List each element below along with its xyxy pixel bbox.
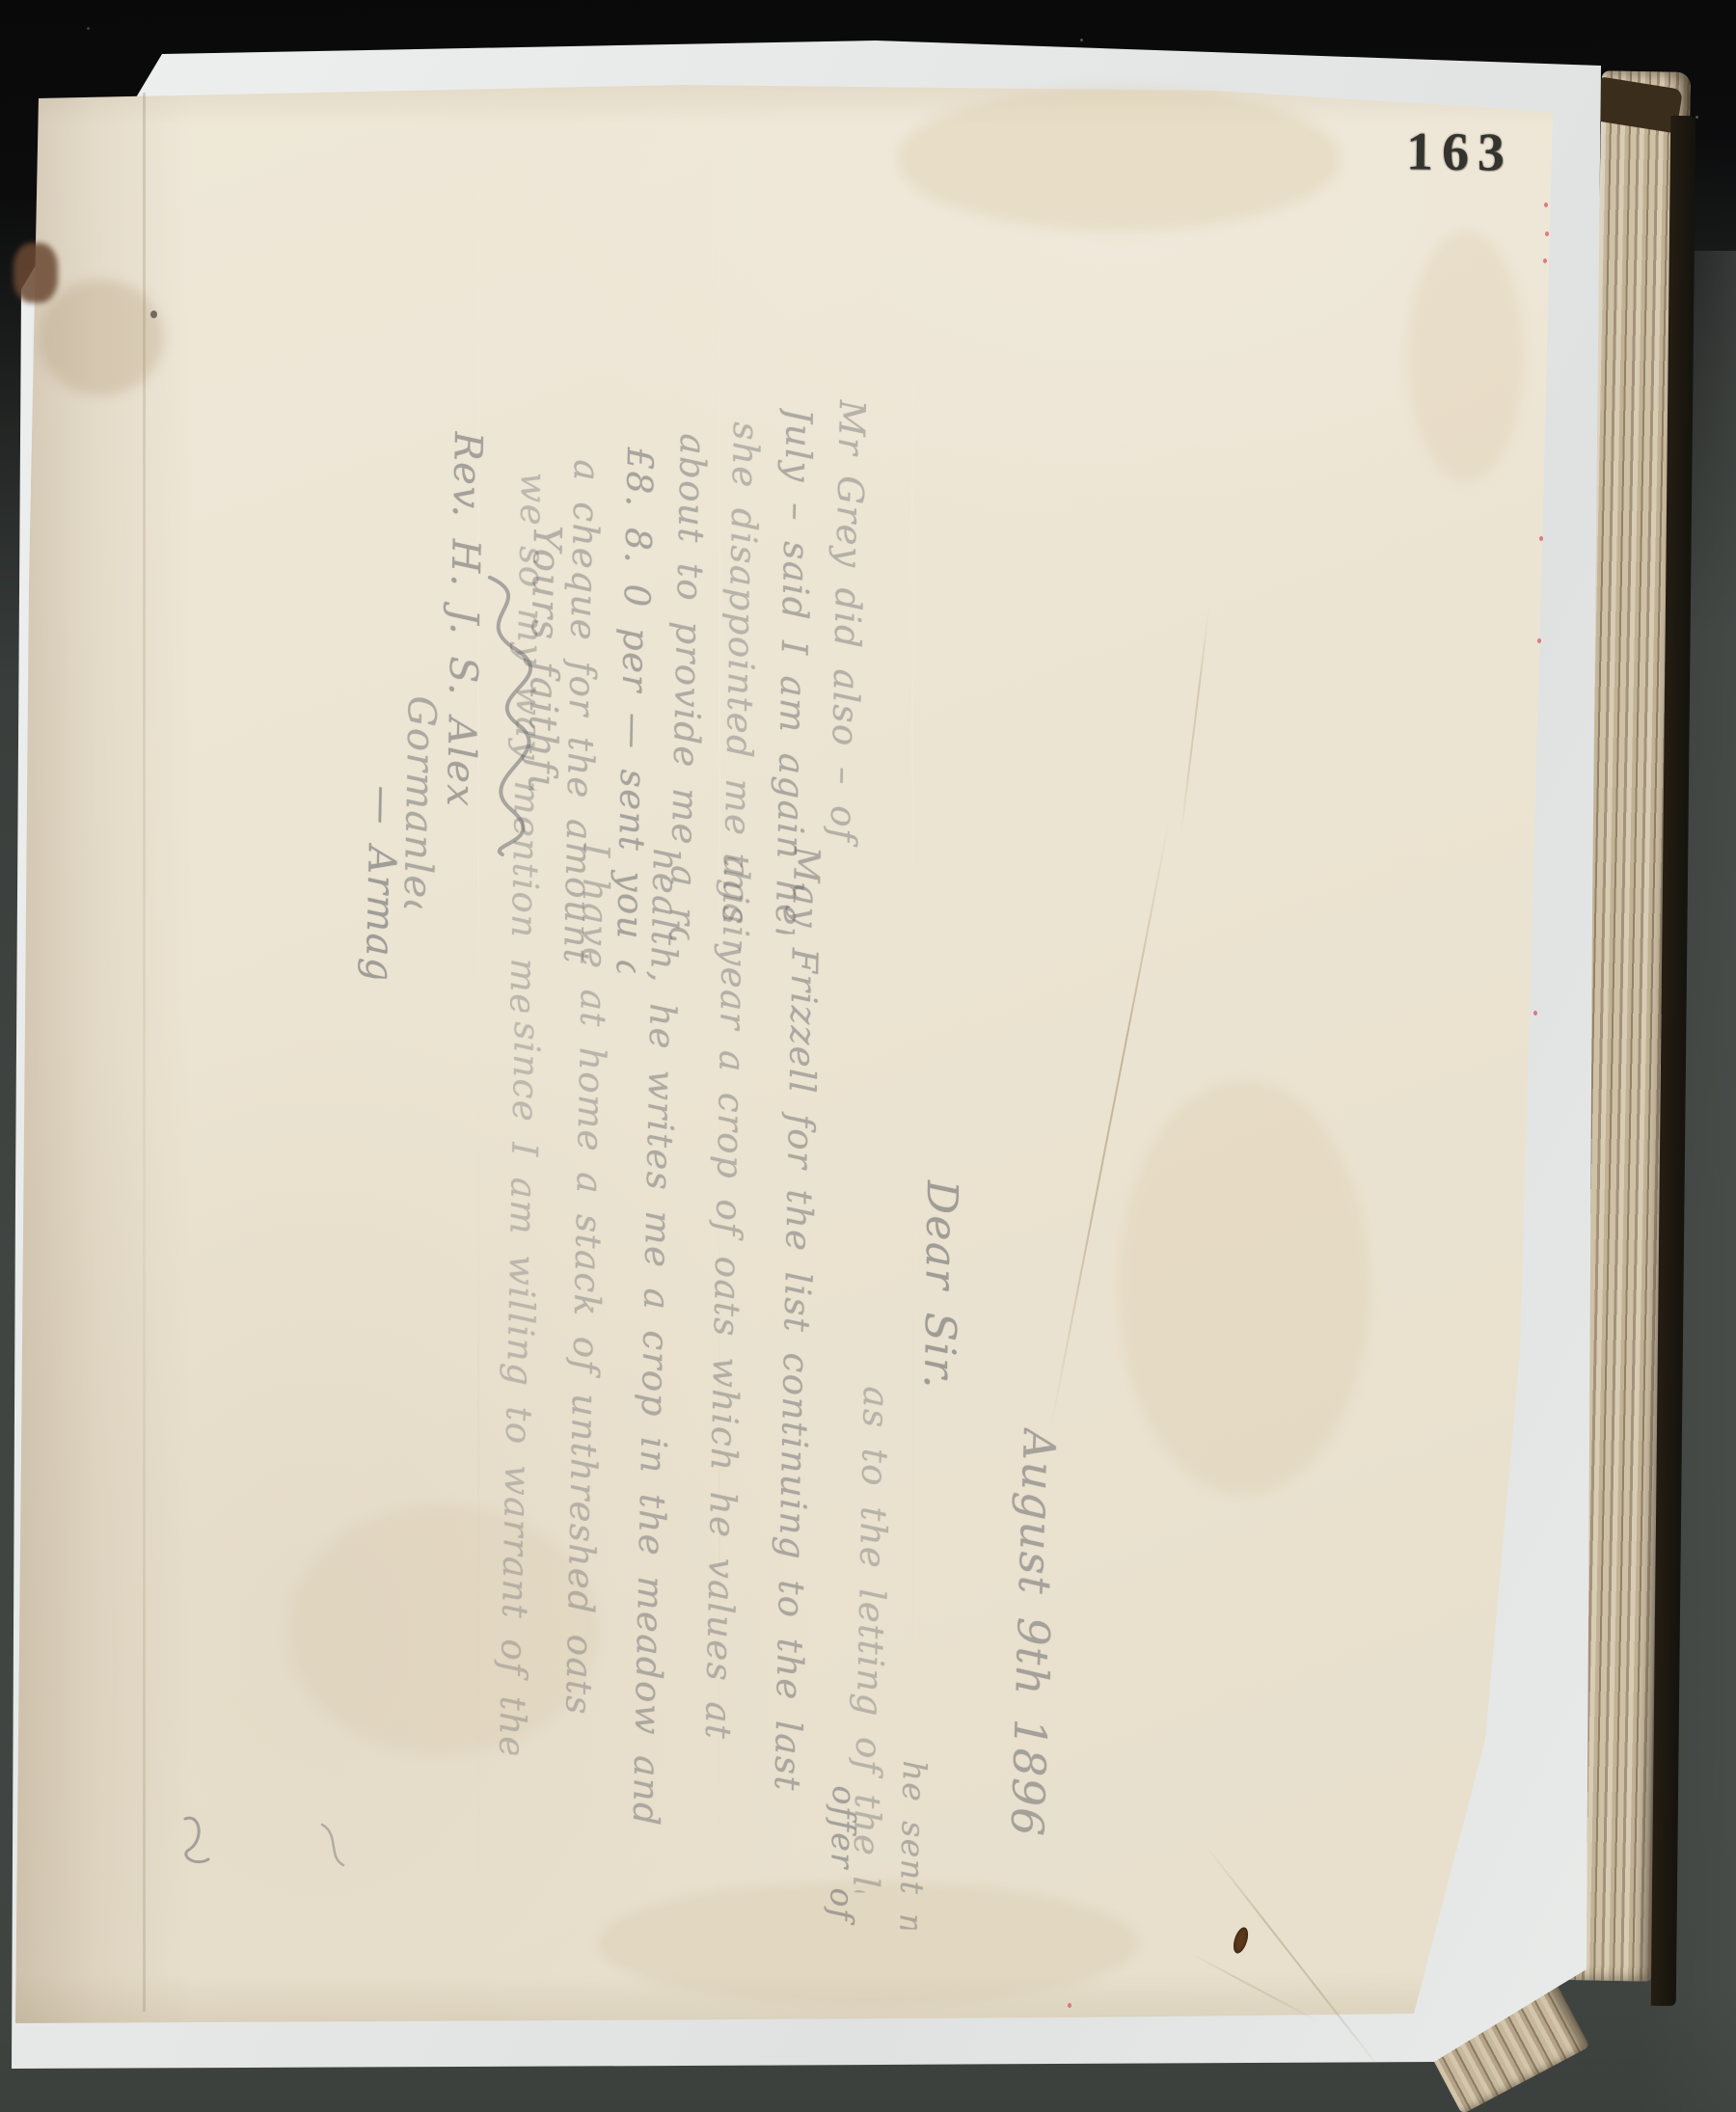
handwriting-salutation: Dear Sir. — [914, 1179, 966, 1388]
paper-streak — [911, 96, 913, 2006]
red-edge-speckle — [1539, 536, 1543, 541]
handwriting-address-line: Rev. H. J. S. Alexander — [438, 431, 490, 808]
margin-pencil-marks — [311, 1815, 368, 1882]
binding-glimpse — [14, 243, 58, 303]
handwriting-address-line: — Armagh — [357, 785, 405, 979]
dust-speck — [1695, 116, 1698, 119]
paper-stain — [897, 87, 1341, 231]
ink-speck — [150, 311, 157, 318]
photographed-copybook-page: 163 August 9th 1896 Dear Sir. Mr Grey di… — [0, 0, 1736, 2112]
red-edge-speckle — [1543, 258, 1547, 263]
paper-stain — [39, 280, 164, 395]
paper-stain — [598, 1881, 1138, 2006]
dust-speck — [87, 27, 90, 30]
red-edge-speckle — [1537, 638, 1541, 643]
red-edge-speckle — [1545, 231, 1549, 236]
handwriting-fragment: he sent me your — [892, 1760, 934, 1930]
paper-stain — [289, 1504, 598, 1755]
red-edge-speckle — [1544, 203, 1548, 207]
dust-speck — [1080, 39, 1083, 41]
handwriting-fragment: offer of £8=8=0 — [823, 1785, 863, 1940]
page-number-stamp: 163 — [1406, 121, 1514, 183]
margin-pencil-marks — [176, 1811, 253, 1879]
red-edge-speckle — [1068, 2003, 1071, 2008]
paper-stain — [1119, 1080, 1370, 1495]
red-edge-speckle — [1533, 1011, 1537, 1015]
paper-stain — [1408, 231, 1524, 482]
